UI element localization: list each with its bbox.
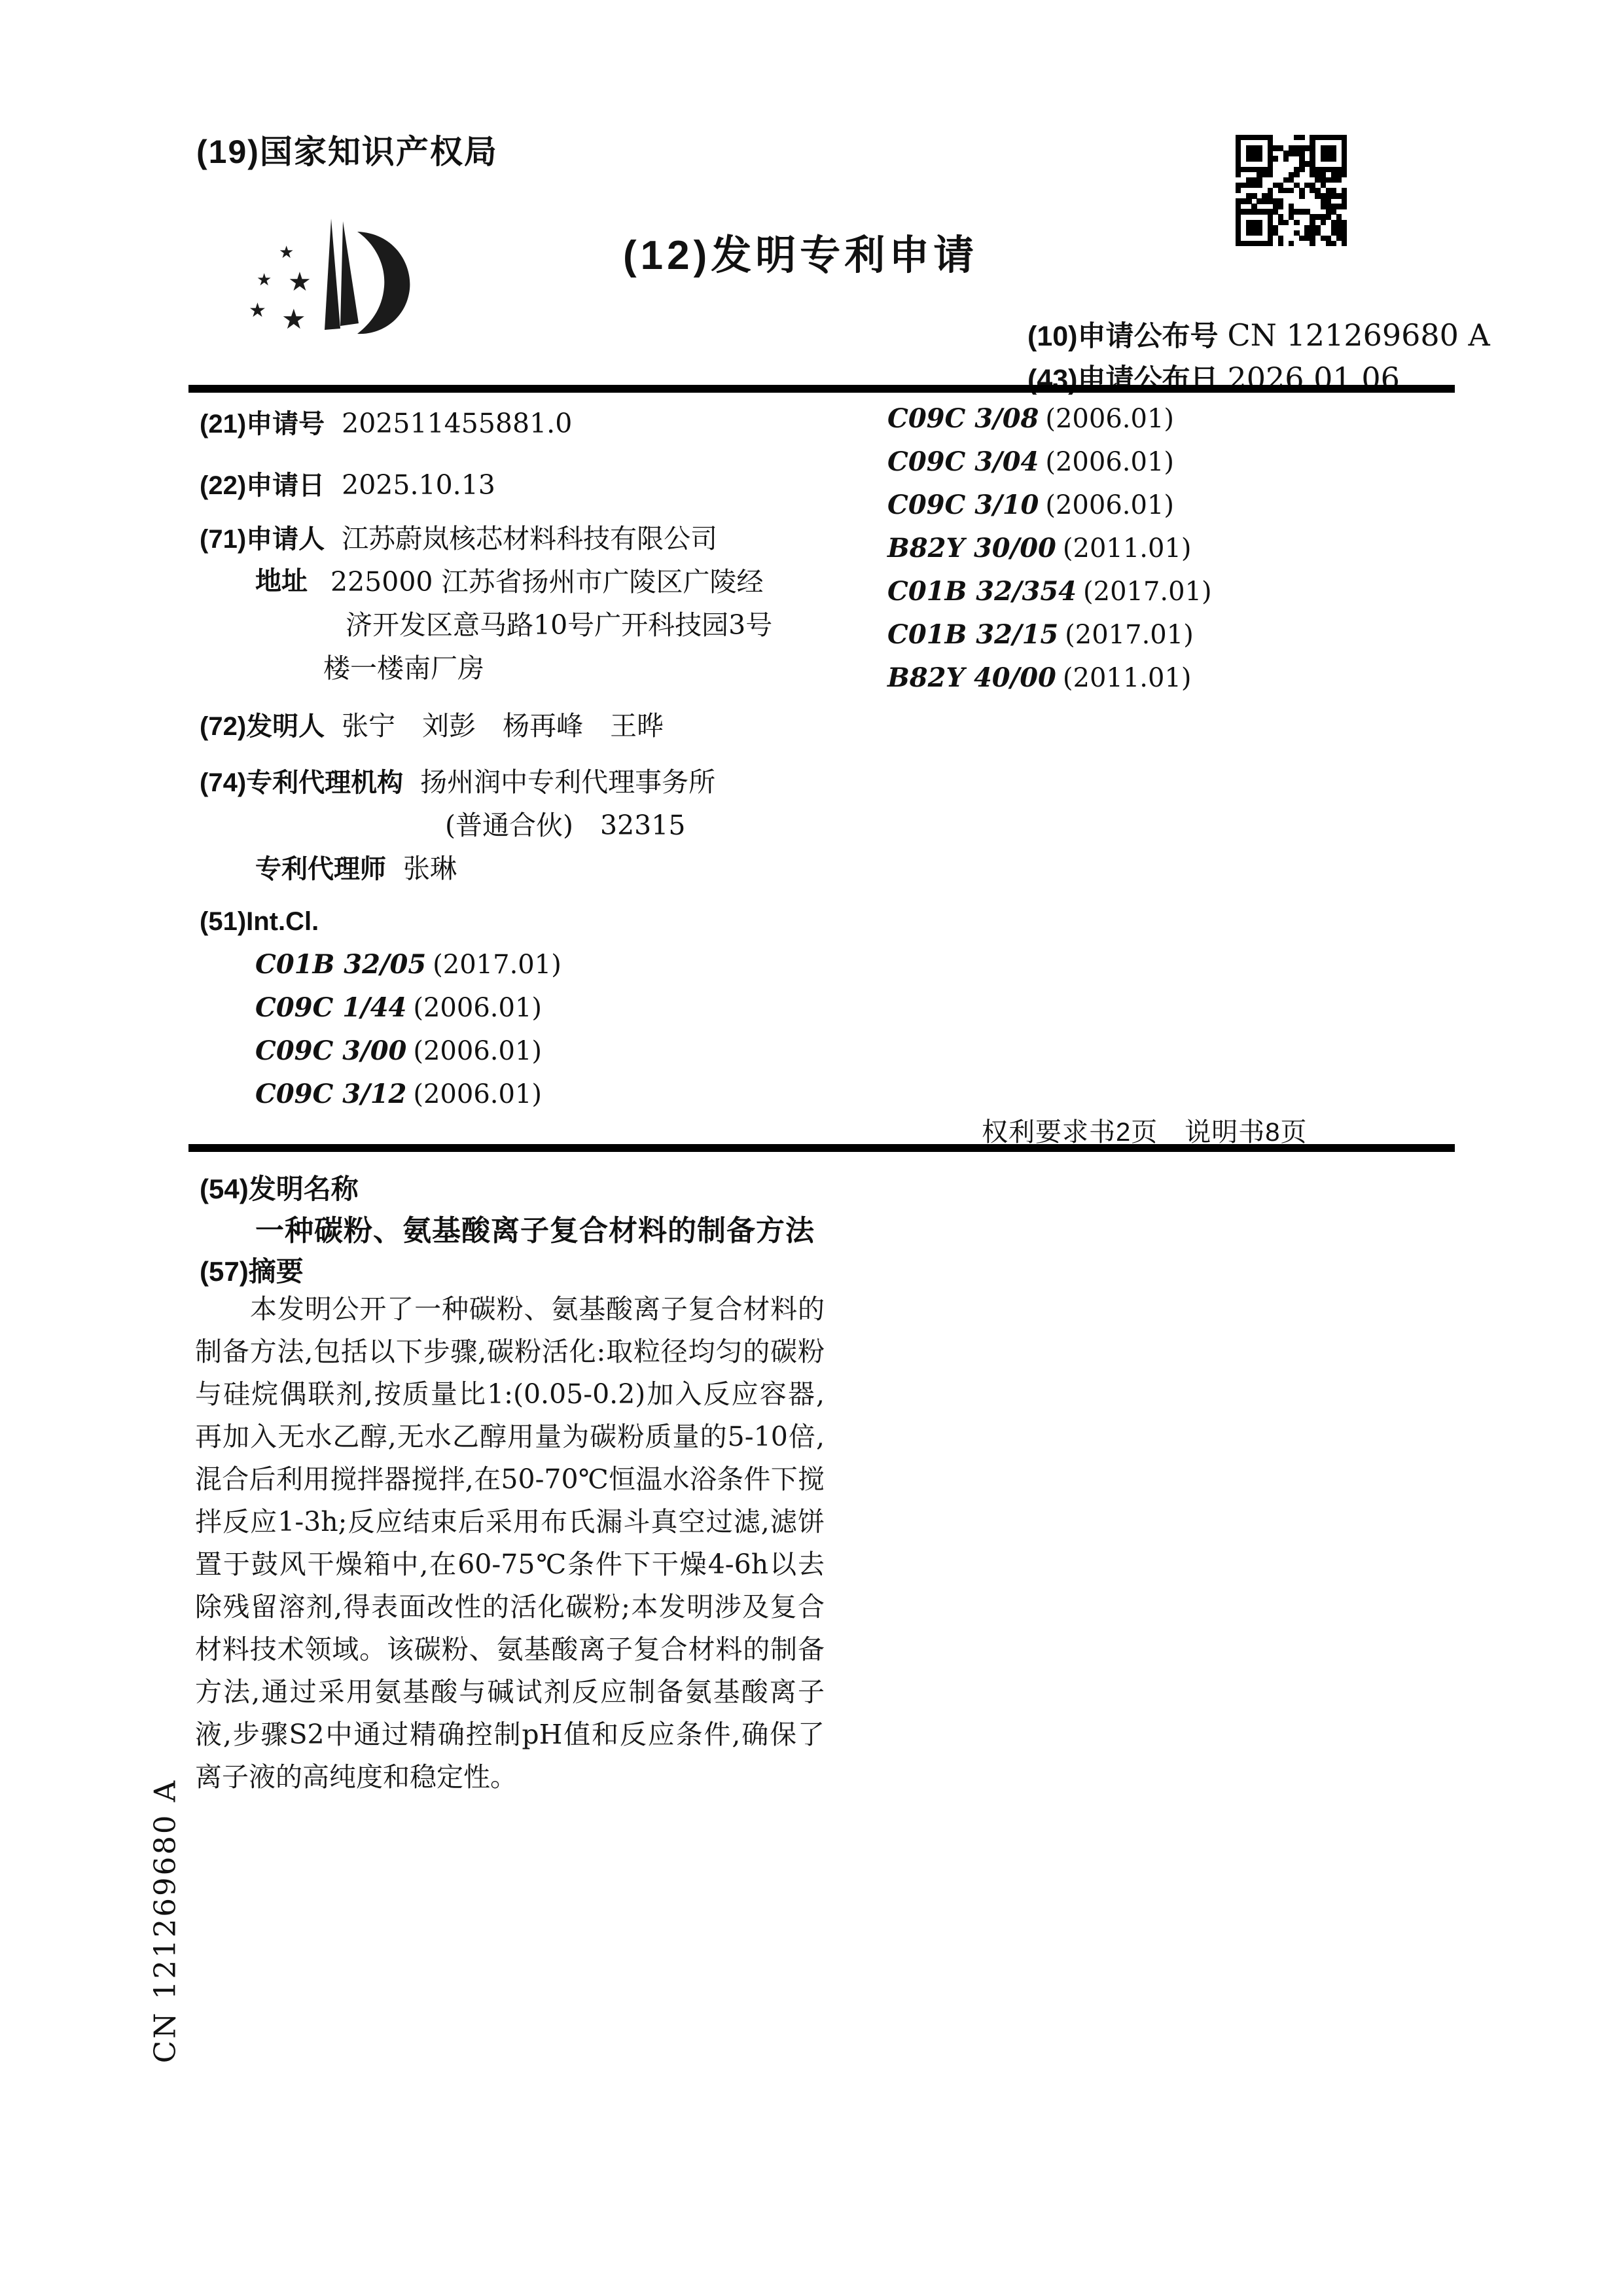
intcl-entry: C09C 3/08(2006.01) bbox=[887, 403, 1174, 434]
agency-detail: (普通合伙) 32315 bbox=[445, 804, 685, 842]
star-icon: ★ bbox=[249, 299, 266, 322]
intcl-label: (51)Int.Cl. bbox=[200, 907, 319, 936]
applicant-name: 江苏蔚岚核芯材料科技有限公司 bbox=[342, 523, 717, 554]
intcl-row: (51)Int.Cl. bbox=[200, 907, 319, 937]
agency-row: (74)专利代理机构扬州润中专利代理事务所 bbox=[200, 761, 715, 799]
star-icon: ★ bbox=[288, 267, 312, 297]
publication-number-label: (10)申请公布号 bbox=[1027, 321, 1218, 352]
applicant-label: (71)申请人 bbox=[200, 525, 325, 554]
abstract-label: (57)摘要 bbox=[200, 1250, 304, 1289]
qr-code bbox=[1236, 135, 1347, 246]
application-number-value: 202511455881.0 bbox=[342, 408, 572, 439]
application-date-label: (22)申请日 bbox=[200, 471, 325, 500]
application-number-row: (21)申请号202511455881.0 bbox=[200, 403, 572, 440]
intcl-entry: C09C 3/04(2006.01) bbox=[887, 446, 1174, 477]
publication-number-value: CN 121269680 A bbox=[1227, 317, 1489, 353]
intcl-entry: C09C 3/12(2006.01) bbox=[255, 1079, 542, 1109]
intcl-entry: C09C 3/00(2006.01) bbox=[255, 1035, 542, 1066]
invention-title-label: (54)发明名称 bbox=[200, 1168, 359, 1207]
intcl-entry: C09C 1/44(2006.01) bbox=[255, 992, 542, 1023]
application-number-label: (21)申请号 bbox=[200, 410, 325, 439]
cnipa-logo: ★ ★ ★ ★ ★ bbox=[247, 213, 424, 344]
divider-middle bbox=[188, 1144, 1455, 1152]
star-icon: ★ bbox=[281, 303, 306, 335]
publication-number-row: (10)申请公布号CN 121269680 A bbox=[1027, 314, 1490, 354]
patent-front-page: (19)国家知识产权局 ★ ★ ★ ★ ★ (12)发明专利申请 (10 bbox=[0, 0, 1623, 2296]
agent-name: 张琳 bbox=[403, 853, 457, 884]
publication-number-vertical: CN 121269680 A bbox=[148, 1779, 183, 2064]
divider-top bbox=[188, 385, 1455, 393]
intcl-entry: B82Y 40/00(2011.01) bbox=[887, 662, 1192, 693]
agent-row: 专利代理师张琳 bbox=[255, 847, 457, 886]
intcl-entry: C09C 3/10(2006.01) bbox=[887, 490, 1174, 520]
agent-label: 专利代理师 bbox=[255, 855, 386, 884]
application-date-row: (22)申请日2025.10.13 bbox=[200, 465, 495, 502]
applicant-row: (71)申请人江苏蔚岚核芯材料科技有限公司 bbox=[200, 517, 717, 556]
invention-title: 一种碳粉、氨基酸离子复合材料的制备方法 bbox=[255, 1207, 815, 1249]
pages-note: 权利要求书2页 说明书8页 bbox=[982, 1111, 1308, 1149]
abstract-text: 本发明公开了一种碳粉、氨基酸离子复合材料的制备方法,包括以下步骤,碳粉活化:取粒… bbox=[195, 1288, 825, 1799]
inventors-label: (72)发明人 bbox=[200, 712, 325, 741]
address-line: 济开发区意马路10号广开科技园3号 bbox=[346, 603, 772, 642]
intcl-entry: C01B 32/15(2017.01) bbox=[887, 619, 1194, 650]
document-type-title: (12)发明专利申请 bbox=[623, 223, 978, 281]
star-icon: ★ bbox=[279, 243, 294, 262]
intcl-entry: C01B 32/05(2017.01) bbox=[255, 949, 562, 980]
address-label-row: 地址 bbox=[255, 560, 308, 598]
intcl-entry: C01B 32/354(2017.01) bbox=[887, 576, 1212, 607]
inventors-row: (72)发明人张宁 刘彭 杨再峰 王晔 bbox=[200, 704, 664, 743]
inventors-names: 张宁 刘彭 杨再峰 王晔 bbox=[342, 710, 664, 742]
address-label: 地址 bbox=[255, 567, 308, 596]
office-name: (19)国家知识产权局 bbox=[196, 126, 498, 173]
agency-name: 扬州润中专利代理事务所 bbox=[420, 766, 715, 798]
intcl-entry: B82Y 30/00(2011.01) bbox=[887, 533, 1192, 564]
address-line: 225000 江苏省扬州市广陵区广陵经 bbox=[330, 560, 764, 599]
application-date-value: 2025.10.13 bbox=[342, 469, 495, 501]
star-icon: ★ bbox=[257, 270, 272, 290]
agency-label: (74)专利代理机构 bbox=[200, 768, 403, 797]
address-line: 楼一楼南厂房 bbox=[323, 647, 484, 685]
